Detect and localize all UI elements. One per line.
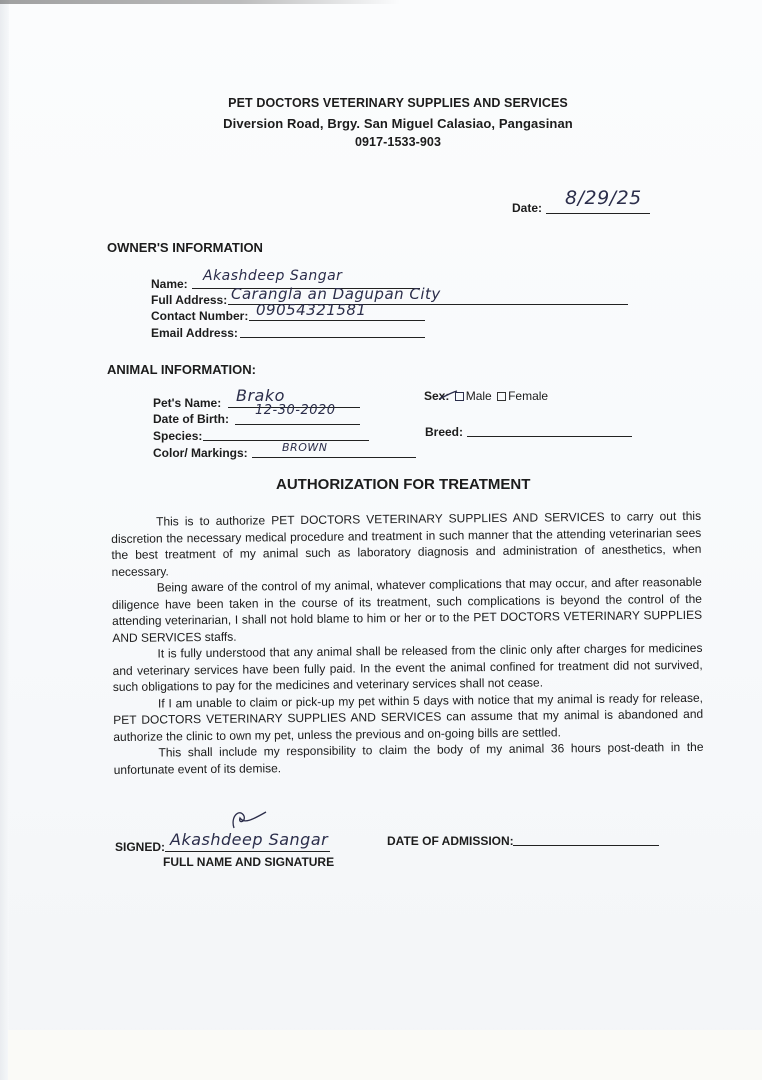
owner-section-title: OWNER'S INFORMATION bbox=[107, 240, 263, 255]
sex-female-option: Female bbox=[508, 389, 548, 403]
pet-name-label: Pet's Name: bbox=[153, 396, 221, 410]
authorization-paragraph: Being aware of the control of my animal,… bbox=[112, 574, 703, 646]
company-phone: 0917-1533-903 bbox=[0, 135, 762, 149]
dob-label: Date of Birth: bbox=[153, 412, 229, 426]
admission-line[interactable] bbox=[513, 845, 659, 846]
species-label: Species: bbox=[153, 429, 202, 443]
sex-female-checkbox[interactable] bbox=[497, 392, 506, 401]
signed-label: SIGNED: bbox=[115, 840, 165, 854]
signature-caption: FULL NAME AND SIGNATURE bbox=[163, 855, 334, 869]
owner-contact-label: Contact Number: bbox=[151, 309, 248, 323]
color-label: Color/ Markings: bbox=[153, 446, 248, 460]
authorization-body: This is to authorize PET DOCTORS VETERIN… bbox=[111, 508, 704, 778]
color-line bbox=[252, 457, 416, 458]
owner-name-label: Name: bbox=[151, 277, 188, 291]
authorization-paragraph: This is to authorize PET DOCTORS VETERIN… bbox=[111, 508, 702, 580]
authorization-paragraph: This shall include my responsibility to … bbox=[113, 739, 703, 778]
dob-line bbox=[235, 424, 360, 425]
scan-top-edge bbox=[0, 0, 400, 4]
authorization-paragraph: If I am unable to claim or pick-up my pe… bbox=[113, 689, 703, 745]
authorization-title: AUTHORIZATION FOR TREATMENT bbox=[276, 476, 530, 493]
date-value[interactable]: 8/29/25 bbox=[565, 187, 642, 209]
owner-name-value[interactable]: Akashdeep Sangar bbox=[203, 268, 342, 284]
company-address: Diversion Road, Brgy. San Miguel Calasia… bbox=[0, 116, 762, 131]
signature-line bbox=[165, 851, 330, 852]
date-line bbox=[546, 213, 650, 214]
company-name: PET DOCTORS VETERINARY SUPPLIES AND SERV… bbox=[0, 96, 762, 110]
owner-contact-value[interactable]: 09054321581 bbox=[256, 301, 366, 319]
dob-value[interactable]: 12-30-2020 bbox=[255, 403, 336, 418]
scanned-form-page: PET DOCTORS VETERINARY SUPPLIES AND SERV… bbox=[0, 0, 762, 1080]
owner-contact-line bbox=[249, 320, 425, 321]
owner-email-label: Email Address: bbox=[151, 326, 238, 340]
admission-label: DATE OF ADMISSION: bbox=[387, 834, 514, 848]
breed-line[interactable] bbox=[467, 436, 632, 437]
authorization-paragraph: It is fully understood that any animal s… bbox=[112, 640, 702, 696]
sex-check-mark-icon bbox=[438, 390, 458, 402]
breed-label: Breed: bbox=[425, 425, 463, 439]
owner-email-line[interactable] bbox=[240, 337, 425, 338]
color-value[interactable]: BROWN bbox=[282, 441, 327, 454]
signature-flourish-icon bbox=[228, 806, 268, 834]
owner-address-label: Full Address: bbox=[151, 293, 227, 307]
scan-lower-band bbox=[8, 1030, 762, 1080]
scan-left-edge bbox=[0, 0, 9, 1080]
animal-section-title: ANIMAL INFORMATION: bbox=[107, 362, 256, 377]
date-label: Date: bbox=[512, 201, 542, 215]
sex-male-option: Male bbox=[466, 389, 492, 403]
